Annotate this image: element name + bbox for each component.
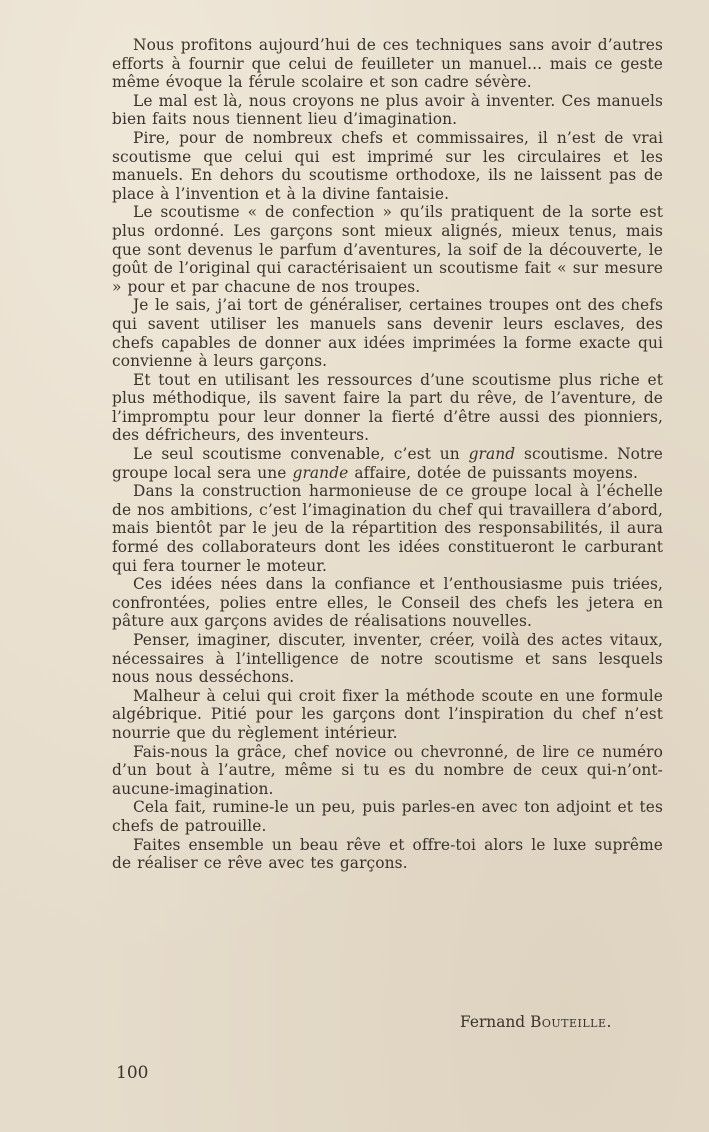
paragraph: Ces idées nées dans la confiance et l’en… (112, 575, 663, 631)
paragraph: Et tout en utilisant les ressources d’un… (112, 371, 663, 445)
author-signature: Fernand Bouteille. (460, 1013, 612, 1031)
emphasis-grand: grand (469, 445, 516, 463)
paragraph: Fais-nous la grâce, chef novice ou chevr… (112, 743, 663, 799)
paragraph: Cela fait, rumine-le un peu, puis parles… (112, 798, 663, 835)
author-last-name: Bouteille. (530, 1013, 612, 1031)
paragraph: Je le sais, j’ai tort de généraliser, ce… (112, 296, 663, 370)
paragraph: Pire, pour de nombreux chefs et commissa… (112, 129, 663, 203)
paragraph: Faites ensemble un beau rêve et offre-to… (112, 836, 663, 873)
emphasis-grande: grande (293, 464, 349, 482)
paragraph: Penser, imaginer, discuter, inventer, cr… (112, 631, 663, 687)
paragraph: Nous profitons aujourd’hui de ces techni… (112, 36, 663, 92)
text-span: affaire, dotée de puis­sants moyens. (348, 464, 638, 482)
paragraph-grand-scoutisme: Le seul scoutisme convenable, c’est un g… (112, 445, 663, 482)
paragraph: Malheur à celui qui croit fixer la métho… (112, 687, 663, 743)
text-span: Le seul scoutisme convenable, c’est un (133, 445, 469, 463)
author-first-name: Fernand (460, 1013, 525, 1031)
page-body: Nous profitons aujourd’hui de ces techni… (112, 36, 663, 873)
paragraph: Le scoutisme « de confection » qu’ils pr… (112, 203, 663, 296)
paragraph: Dans la construction harmonieuse de ce g… (112, 482, 663, 575)
page-number: 100 (116, 1063, 148, 1083)
paragraph: Le mal est là, nous croyons ne plus avoi… (112, 92, 663, 129)
